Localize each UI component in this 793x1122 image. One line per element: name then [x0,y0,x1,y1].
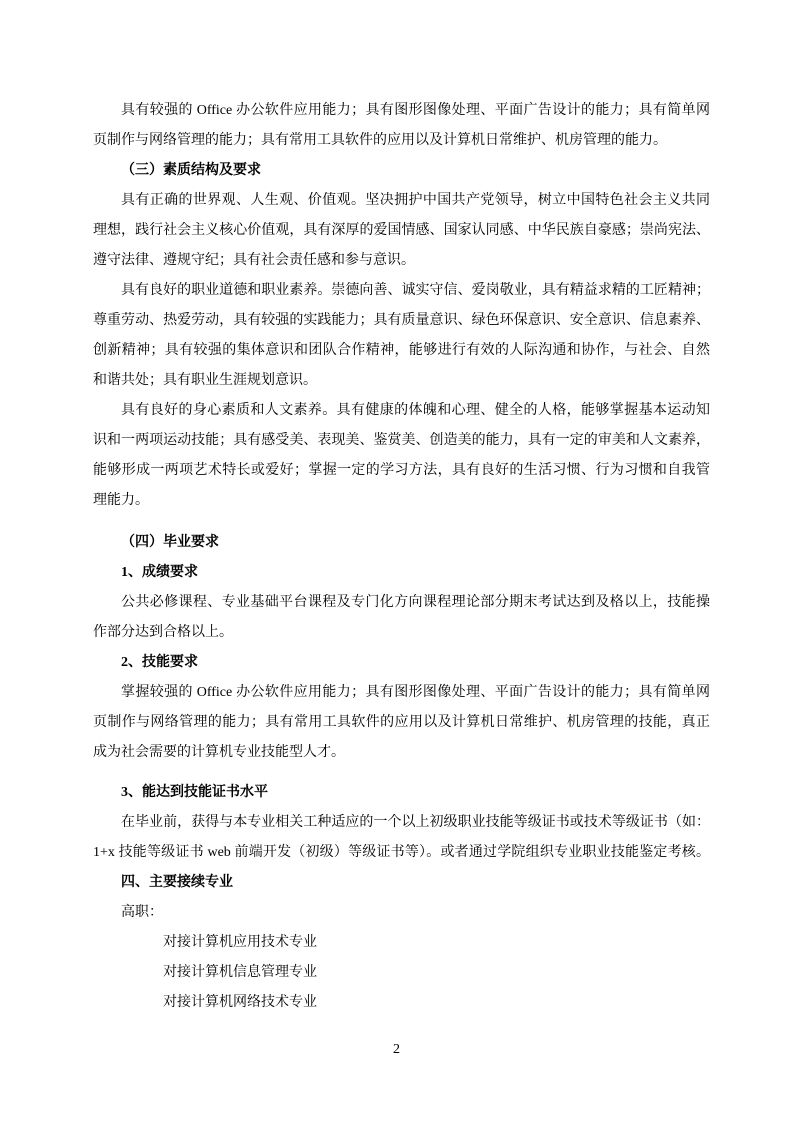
document-line: 页制作与网络管理的能力；具有常用工具软件的应用以及计算机日常维护、机房管理的技能… [93,708,710,738]
document-body: 具有较强的 Office 办公软件应用能力；具有图形图像处理、平面广告设计的能力… [93,96,710,1018]
document-line: 具有良好的职业道德和职业素养。崇德向善、诚实守信、爱岗敬业，具有精益求精的工匠精… [93,276,710,306]
document-line: 具有较强的 Office 办公软件应用能力；具有图形图像处理、平面广告设计的能力… [93,96,710,126]
document-line: 创新精神；具有较强的集体意识和团队合作精神，能够进行有效的人际沟通和协作，与社会… [93,336,710,366]
document-line: 能够形成一两项艺术特长或爱好；掌握一定的学习方法，具有良好的生活习惯、行为习惯和… [93,456,710,486]
document-line: 页制作与网络管理的能力；具有常用工具软件的应用以及计算机日常维护、机房管理的能力… [93,126,710,156]
document-line: 对接计算机网络技术专业 [93,988,710,1018]
document-line: 具有良好的身心素质和人文素养。具有健康的体魄和心理、健全的人格，能够掌握基本运动… [93,396,710,426]
document-line: 对接计算机信息管理专业 [93,958,710,988]
document-line: 作部分达到合格以上。 [93,618,710,648]
document-line: 在毕业前，获得与本专业相关工种适应的一个以上初级职业技能等级证书或技术等级证书（… [93,808,710,838]
document-line: 1+x 技能等级证书 web 前端开发（初级）等级证书等）。或者通过学院组织专业… [93,838,710,868]
document-line: 理能力。 [93,486,710,516]
document-line: 和谐共处；具有职业生涯规划意识。 [93,366,710,396]
document-line: 成为社会需要的计算机专业技能型人才。 [93,738,710,768]
document-line: 对接计算机应用技术专业 [93,928,710,958]
document-page: 具有较强的 Office 办公软件应用能力；具有图形图像处理、平面广告设计的能力… [0,0,793,1122]
section-heading: 四、主要接续专业 [93,868,710,898]
section-heading: 2、技能要求 [93,648,710,678]
document-line: 识和一两项运动技能；具有感受美、表现美、鉴赏美、创造美的能力，具有一定的审美和人… [93,426,710,456]
document-line: 理想，践行社会主义核心价值观，具有深厚的爱国情感、国家认同感、中华民族自豪感；崇… [93,216,710,246]
document-line: 掌握较强的 Office 办公软件应用能力；具有图形图像处理、平面广告设计的能力… [93,678,710,708]
document-line: 尊重劳动、热爱劳动，具有较强的实践能力；具有质量意识、绿色环保意识、安全意识、信… [93,306,710,336]
section-heading: 3、能达到技能证书水平 [93,778,710,808]
page-number: 2 [0,1035,793,1065]
section-heading: 1、成绩要求 [93,558,710,588]
document-line: 具有正确的世界观、人生观、价值观。坚决拥护中国共产党领导，树立中国特色社会主义共… [93,186,710,216]
section-heading: （三）素质结构及要求 [93,156,710,186]
section-heading: （四）毕业要求 [93,528,710,558]
document-line: 遵守法律、遵规守纪；具有社会责任感和参与意识。 [93,246,710,276]
document-line: 公共必修课程、专业基础平台课程及专门化方向课程理论部分期末考试达到及格以上，技能… [93,588,710,618]
document-line: 高职： [93,898,710,928]
